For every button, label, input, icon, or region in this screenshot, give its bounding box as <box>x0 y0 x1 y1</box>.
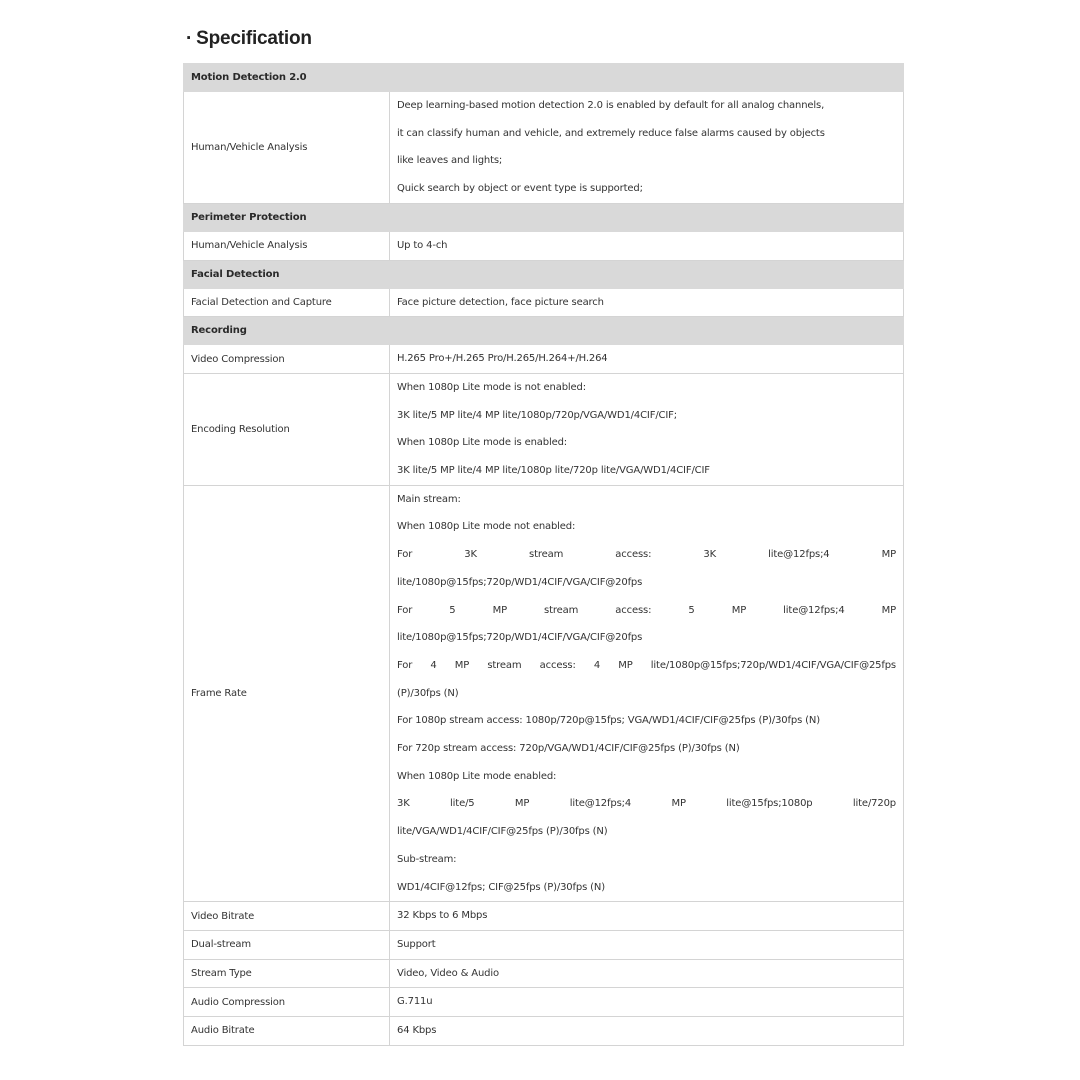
table-row: Video CompressionH.265 Pro+/H.265 Pro/H.… <box>184 345 904 374</box>
specification-table: Motion Detection 2.0Human/Vehicle Analys… <box>183 63 904 1046</box>
spec-value: Video, Video & Audio <box>390 959 904 988</box>
spec-value-line: For 1080p stream access: 1080p/720p@15fp… <box>397 707 896 735</box>
spec-value-line: For 720p stream access: 720p/VGA/WD1/4CI… <box>397 735 896 763</box>
spec-label: Human/Vehicle Analysis <box>184 231 390 260</box>
spec-value-line: H.265 Pro+/H.265 Pro/H.265/H.264+/H.264 <box>397 345 896 373</box>
table-row: Stream TypeVideo, Video & Audio <box>184 959 904 988</box>
spec-value-line: Sub-stream: <box>397 846 896 874</box>
spec-label: Dual-stream <box>184 930 390 959</box>
table-row: Facial Detection and CaptureFace picture… <box>184 288 904 317</box>
spec-value: 32 Kbps to 6 Mbps <box>390 902 904 931</box>
section-header-facial-detection: Facial Detection <box>184 260 904 288</box>
table-row: Frame RateMain stream:When 1080p Lite mo… <box>184 485 904 902</box>
spec-value: 64 Kbps <box>390 1017 904 1046</box>
specification-table-body: Motion Detection 2.0Human/Vehicle Analys… <box>184 64 904 1046</box>
table-row: Encoding ResolutionWhen 1080p Lite mode … <box>184 373 904 485</box>
table-row: Human/Vehicle AnalysisDeep learning-base… <box>184 92 904 204</box>
spec-value-line: Up to 4-ch <box>397 232 896 260</box>
table-row: Audio CompressionG.711u <box>184 988 904 1017</box>
spec-value-line: (P)/30fps (N) <box>397 680 896 708</box>
spec-value-line: lite/1080p@15fps;720p/WD1/4CIF/VGA/CIF@2… <box>397 569 896 597</box>
spec-label: Video Compression <box>184 345 390 374</box>
spec-value-line: 3K lite/5 MP lite/4 MP lite/1080p/720p/V… <box>397 402 896 430</box>
section-heading: Facial Detection <box>184 260 904 288</box>
section-header-perimeter-protection: Perimeter Protection <box>184 203 904 231</box>
section-heading: Perimeter Protection <box>184 203 904 231</box>
spec-value-line: When 1080p Lite mode not enabled: <box>397 513 896 541</box>
spec-value-line: For 5 MP stream access: 5 MP lite@12fps;… <box>397 597 896 625</box>
spec-value: When 1080p Lite mode is not enabled:3K l… <box>390 373 904 485</box>
section-heading: Motion Detection 2.0 <box>184 64 904 92</box>
spec-value-line: When 1080p Lite mode enabled: <box>397 763 896 791</box>
spec-value-line: 64 Kbps <box>397 1017 896 1045</box>
spec-value: Face picture detection, face picture sea… <box>390 288 904 317</box>
spec-value: H.265 Pro+/H.265 Pro/H.265/H.264+/H.264 <box>390 345 904 374</box>
spec-value-line: Video, Video & Audio <box>397 960 896 988</box>
table-row: Human/Vehicle AnalysisUp to 4-ch <box>184 231 904 260</box>
spec-value: Up to 4-ch <box>390 231 904 260</box>
spec-label: Audio Compression <box>184 988 390 1017</box>
spec-value-line: 32 Kbps to 6 Mbps <box>397 902 896 930</box>
section-header-motion-detection-2-0: Motion Detection 2.0 <box>184 64 904 92</box>
spec-label: Human/Vehicle Analysis <box>184 92 390 204</box>
spec-value-line: Quick search by object or event type is … <box>397 175 896 203</box>
title-text: Specification <box>196 28 312 49</box>
table-row: Audio Bitrate64 Kbps <box>184 1017 904 1046</box>
spec-value-line: When 1080p Lite mode is not enabled: <box>397 374 896 402</box>
spec-value-line: G.711u <box>397 988 896 1016</box>
spec-label: Stream Type <box>184 959 390 988</box>
spec-value-line: When 1080p Lite mode is enabled: <box>397 429 896 457</box>
spec-value: G.711u <box>390 988 904 1017</box>
spec-value-line: 3K lite/5 MP lite/4 MP lite/1080p lite/7… <box>397 457 896 485</box>
spec-value: Support <box>390 930 904 959</box>
table-row: Video Bitrate32 Kbps to 6 Mbps <box>184 902 904 931</box>
section-heading: Recording <box>184 317 904 345</box>
spec-label: Facial Detection and Capture <box>184 288 390 317</box>
spec-label: Audio Bitrate <box>184 1017 390 1046</box>
section-header-recording: Recording <box>184 317 904 345</box>
spec-value-line: Main stream: <box>397 486 896 514</box>
table-row: Dual-streamSupport <box>184 930 904 959</box>
spec-value-line: For 3K stream access: 3K lite@12fps;4 MP <box>397 541 896 569</box>
spec-value-line: WD1/4CIF@12fps; CIF@25fps (P)/30fps (N) <box>397 874 896 902</box>
spec-value-line: Support <box>397 931 896 959</box>
spec-value-line: like leaves and lights; <box>397 147 896 175</box>
spec-value-line: lite/VGA/WD1/4CIF/CIF@25fps (P)/30fps (N… <box>397 818 896 846</box>
spec-value-line: it can classify human and vehicle, and e… <box>397 120 896 148</box>
spec-value-line: lite/1080p@15fps;720p/WD1/4CIF/VGA/CIF@2… <box>397 624 896 652</box>
page-title: ·Specification <box>186 28 312 50</box>
spec-label: Video Bitrate <box>184 902 390 931</box>
spec-value-line: 3K lite/5 MP lite@12fps;4 MP lite@15fps;… <box>397 790 896 818</box>
spec-value-line: For 4 MP stream access: 4 MP lite/1080p@… <box>397 652 896 680</box>
spec-value-line: Face picture detection, face picture sea… <box>397 289 896 317</box>
spec-label: Encoding Resolution <box>184 373 390 485</box>
title-bullet: · <box>186 28 192 49</box>
spec-value-line: Deep learning-based motion detection 2.0… <box>397 92 896 120</box>
spec-label: Frame Rate <box>184 485 390 902</box>
spec-value: Main stream:When 1080p Lite mode not ena… <box>390 485 904 902</box>
spec-value: Deep learning-based motion detection 2.0… <box>390 92 904 204</box>
